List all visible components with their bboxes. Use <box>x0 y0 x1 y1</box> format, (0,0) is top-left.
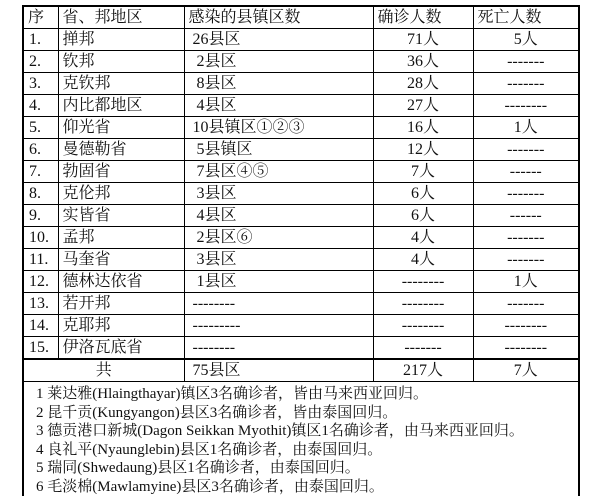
deaths-cell: ------- <box>473 51 579 73</box>
row-number-cell: 10. <box>23 227 58 249</box>
confirmed-cell: 4人 <box>373 249 473 271</box>
confirmed-cell: 36人 <box>373 51 473 73</box>
region-cell: 内比都地区 <box>58 95 184 117</box>
region-cell: 勃固省 <box>58 161 184 183</box>
table-row: 14. 克耶邦 --------- -------- -------- <box>23 315 579 337</box>
row-number-cell: 9. <box>23 205 58 227</box>
header-no: 序 <box>23 6 58 29</box>
row-number-cell: 14. <box>23 315 58 337</box>
row-number-cell: 12. <box>23 271 58 293</box>
page-container: 序 省、邦地区 感染的县镇区数 确诊人数 死亡人数 1. 掸邦 26县区 71人… <box>0 0 600 496</box>
townships-cell: 7县区④⑤ <box>184 161 373 183</box>
confirmed-cell: 27人 <box>373 95 473 117</box>
region-cell: 钦邦 <box>58 51 184 73</box>
townships-cell: 10县镇区①②③ <box>184 117 373 139</box>
table-row: 1. 掸邦 26县区 71人 5人 <box>23 29 579 51</box>
footnote-line: 4 良礼平(Nyaunglebin)县区1名确诊者，由泰国回归。 <box>36 441 576 460</box>
header-row: 序 省、邦地区 感染的县镇区数 确诊人数 死亡人数 <box>23 6 579 29</box>
row-number-cell: 8. <box>23 183 58 205</box>
confirmed-cell: 16人 <box>373 117 473 139</box>
total-confirmed-cell: 217人 <box>373 359 473 382</box>
confirmed-cell: -------- <box>373 293 473 315</box>
confirmed-cell: 6人 <box>373 205 473 227</box>
region-cell: 若开邦 <box>58 293 184 315</box>
header-deaths: 死亡人数 <box>473 6 579 29</box>
table-row: 10. 孟邦 2县区⑥ 4人 ------- <box>23 227 579 249</box>
table-row: 15. 伊洛瓦底省 -------- ------- -------- <box>23 337 579 360</box>
deaths-cell: -------- <box>473 315 579 337</box>
deaths-cell: 5人 <box>473 29 579 51</box>
table-row: 5. 仰光省 10县镇区①②③ 16人 1人 <box>23 117 579 139</box>
row-number-cell: 4. <box>23 95 58 117</box>
deaths-cell: ------- <box>473 183 579 205</box>
table-row: 4. 内比都地区 4县区 27人 -------- <box>23 95 579 117</box>
row-number-cell: 13. <box>23 293 58 315</box>
footnote-line: 3 德贡港口新城(Dagon Seikkan Myothit)镇区1名确诊者，由… <box>36 422 576 441</box>
row-number-cell: 11. <box>23 249 58 271</box>
table-row: 12. 德林达依省 1县区 -------- 1人 <box>23 271 579 293</box>
total-townships-cell: 75县区 <box>184 359 373 382</box>
deaths-cell: ------- <box>473 293 579 315</box>
townships-cell: 5县镇区 <box>184 139 373 161</box>
townships-cell: -------- <box>184 337 373 360</box>
townships-cell: 2县区⑥ <box>184 227 373 249</box>
header-confirmed: 确诊人数 <box>373 6 473 29</box>
epidemic-stats-table: 序 省、邦地区 感染的县镇区数 确诊人数 死亡人数 1. 掸邦 26县区 71人… <box>22 5 580 496</box>
total-row: 共 75县区 217人 7人 <box>23 359 579 382</box>
townships-cell: 1县区 <box>184 271 373 293</box>
townships-cell: 3县区 <box>184 249 373 271</box>
table-row: 7. 勃固省 7县区④⑤ 7人 ------ <box>23 161 579 183</box>
deaths-cell: 1人 <box>473 117 579 139</box>
confirmed-cell: 7人 <box>373 161 473 183</box>
table-row: 8. 克伦邦 3县区 6人 ------- <box>23 183 579 205</box>
deaths-cell: -------- <box>473 337 579 360</box>
region-cell: 仰光省 <box>58 117 184 139</box>
row-number-cell: 5. <box>23 117 58 139</box>
row-number-cell: 1. <box>23 29 58 51</box>
table-row: 9. 实皆省 4县区 6人 ------ <box>23 205 579 227</box>
deaths-cell: ------- <box>473 227 579 249</box>
footnotes-cell: 1 莱达雅(Hlaingthayar)镇区3名确诊者，皆由马来西亚回归。 2 昆… <box>23 382 579 496</box>
townships-cell: 26县区 <box>184 29 373 51</box>
region-cell: 掸邦 <box>58 29 184 51</box>
region-cell: 伊洛瓦底省 <box>58 337 184 360</box>
townships-cell: -------- <box>184 293 373 315</box>
confirmed-cell: ------- <box>373 337 473 360</box>
header-townships: 感染的县镇区数 <box>184 6 373 29</box>
footnote-line: 6 毛淡棉(Mawlamyine)县区3名确诊者，由泰国回归。 <box>36 478 576 496</box>
total-deaths-cell: 7人 <box>473 359 579 382</box>
townships-cell: 4县区 <box>184 205 373 227</box>
deaths-cell: ------- <box>473 249 579 271</box>
row-number-cell: 6. <box>23 139 58 161</box>
confirmed-cell: 6人 <box>373 183 473 205</box>
footnotes-row: 1 莱达雅(Hlaingthayar)镇区3名确诊者，皆由马来西亚回归。 2 昆… <box>23 382 579 496</box>
row-number-cell: 7. <box>23 161 58 183</box>
region-cell: 克伦邦 <box>58 183 184 205</box>
footnote-line: 5 瑞同(Shwedaung)县区1名确诊者，由泰国回归。 <box>36 459 576 478</box>
region-cell: 马奎省 <box>58 249 184 271</box>
table-row: 13. 若开邦 -------- -------- ------- <box>23 293 579 315</box>
confirmed-cell: 71人 <box>373 29 473 51</box>
confirmed-cell: -------- <box>373 271 473 293</box>
deaths-cell: ------- <box>473 73 579 95</box>
footnote-line: 1 莱达雅(Hlaingthayar)镇区3名确诊者，皆由马来西亚回归。 <box>36 385 576 404</box>
townships-cell: 3县区 <box>184 183 373 205</box>
table-row: 3. 克钦邦 8县区 28人 ------- <box>23 73 579 95</box>
deaths-cell: 1人 <box>473 271 579 293</box>
deaths-cell: ------- <box>473 139 579 161</box>
deaths-cell: -------- <box>473 95 579 117</box>
confirmed-cell: 28人 <box>373 73 473 95</box>
region-cell: 克耶邦 <box>58 315 184 337</box>
region-cell: 克钦邦 <box>58 73 184 95</box>
townships-cell: --------- <box>184 315 373 337</box>
row-number-cell: 15. <box>23 337 58 360</box>
confirmed-cell: 12人 <box>373 139 473 161</box>
footnote-line: 2 昆千贡(Kungyangon)县区3名确诊者，皆由泰国回归。 <box>36 404 576 423</box>
region-cell: 孟邦 <box>58 227 184 249</box>
row-number-cell: 3. <box>23 73 58 95</box>
confirmed-cell: 4人 <box>373 227 473 249</box>
header-region: 省、邦地区 <box>58 6 184 29</box>
deaths-cell: ------ <box>473 205 579 227</box>
region-cell: 实皆省 <box>58 205 184 227</box>
table-row: 2. 钦邦 2县区 36人 ------- <box>23 51 579 73</box>
townships-cell: 2县区 <box>184 51 373 73</box>
townships-cell: 8县区 <box>184 73 373 95</box>
row-number-cell: 2. <box>23 51 58 73</box>
total-label-cell: 共 <box>23 359 184 382</box>
confirmed-cell: -------- <box>373 315 473 337</box>
table-row: 11. 马奎省 3县区 4人 ------- <box>23 249 579 271</box>
region-cell: 曼德勒省 <box>58 139 184 161</box>
table-row: 6. 曼德勒省 5县镇区 12人 ------- <box>23 139 579 161</box>
townships-cell: 4县区 <box>184 95 373 117</box>
region-cell: 德林达依省 <box>58 271 184 293</box>
deaths-cell: ------ <box>473 161 579 183</box>
